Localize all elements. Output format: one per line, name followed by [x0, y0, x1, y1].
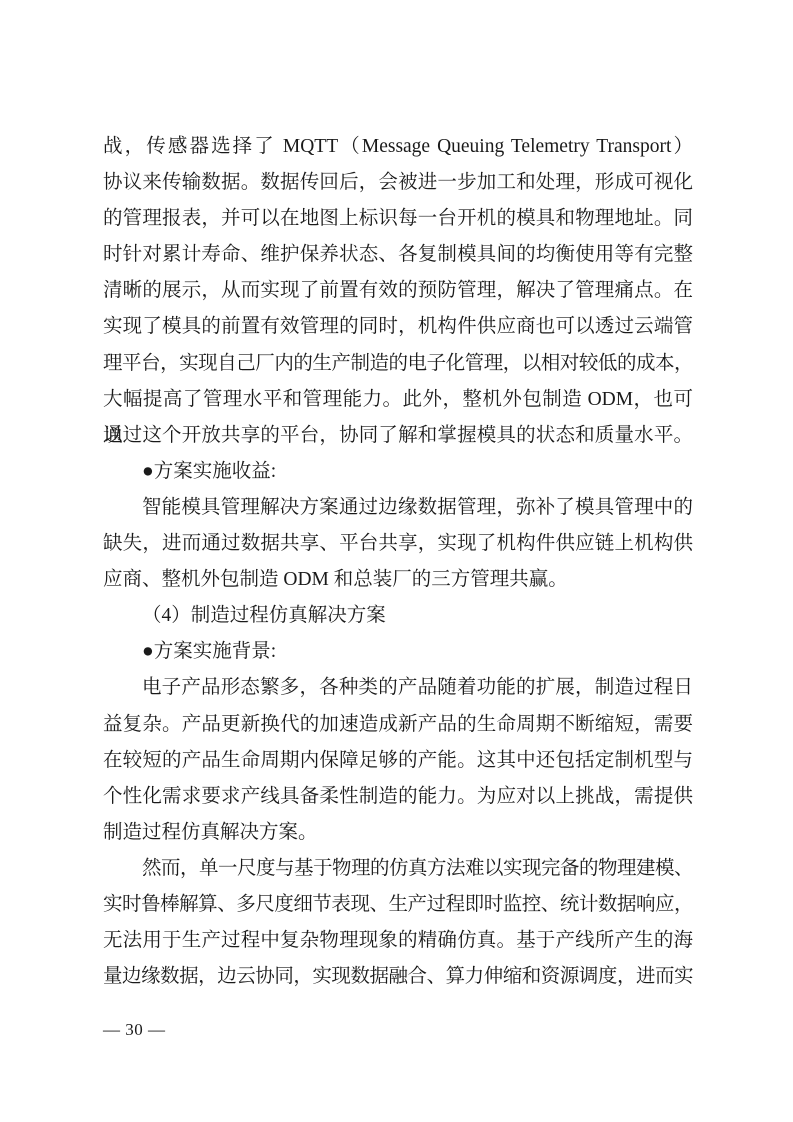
- text-line: 通过这个开放共享的平台，协同了解和掌握模具的状态和质量水平。: [103, 418, 693, 454]
- text-line: ●方案实施收益:: [103, 454, 693, 490]
- text-line: 智能模具管理解决方案通过边缘数据管理，弥补了模具管理中的: [103, 490, 693, 526]
- page-number: — 30 —: [103, 1020, 166, 1040]
- document-page: 战，传感器选择了 MQTT（Message Queuing Telemetry …: [0, 0, 793, 1122]
- text-line: （4）制造过程仿真解决方案: [103, 598, 693, 634]
- text-line: ●方案实施背景:: [103, 634, 693, 670]
- text-line: 在较短的产品生命周期内保障足够的产能。这其中还包括定制机型与: [103, 743, 693, 779]
- text-line: 制造过程仿真解决方案。: [103, 815, 693, 851]
- text-line: 大幅提高了管理水平和管理能力。此外，整机外包制造 ODM，也可以: [103, 382, 693, 418]
- text-line: 实现了模具的前置有效管理的同时，机构件供应商也可以透过云端管: [103, 309, 693, 345]
- text-line: 应商、整机外包制造 ODM 和总装厂的三方管理共赢。: [103, 562, 693, 598]
- text-line: 清晰的展示，从而实现了前置有效的预防管理，解决了管理痛点。在: [103, 273, 693, 309]
- text-line: 战，传感器选择了 MQTT（Message Queuing Telemetry …: [103, 129, 693, 165]
- text-line: 实时鲁棒解算、多尺度细节表现、生产过程即时监控、统计数据响应，: [103, 887, 693, 923]
- text-line: 缺失，进而通过数据共享、平台共享，实现了机构件供应链上机构供: [103, 526, 693, 562]
- text-line: 然而，单一尺度与基于物理的仿真方法难以实现完备的物理建模、: [103, 851, 693, 887]
- text-line: 时针对累计寿命、维护保养状态、各复制模具间的均衡使用等有完整: [103, 237, 693, 273]
- text-line: 量边缘数据，边云协同，实现数据融合、算力伸缩和资源调度，进而实: [103, 959, 693, 995]
- text-line: 的管理报表，并可以在地图上标识每一台开机的模具和物理地址。同: [103, 201, 693, 237]
- text-line: 电子产品形态繁多，各种类的产品随着功能的扩展，制造过程日: [103, 670, 693, 706]
- body-text: 战，传感器选择了 MQTT（Message Queuing Telemetry …: [103, 129, 693, 995]
- text-line: 益复杂。产品更新换代的加速造成新产品的生命周期不断缩短，需要: [103, 707, 693, 743]
- text-line: 理平台，实现自己厂内的生产制造的电子化管理，以相对较低的成本，: [103, 346, 693, 382]
- text-line: 无法用于生产过程中复杂物理现象的精确仿真。基于产线所产生的海: [103, 923, 693, 959]
- text-line: 个性化需求要求产线具备柔性制造的能力。为应对以上挑战，需提供: [103, 779, 693, 815]
- text-line: 协议来传输数据。数据传回后，会被进一步加工和处理，形成可视化: [103, 165, 693, 201]
